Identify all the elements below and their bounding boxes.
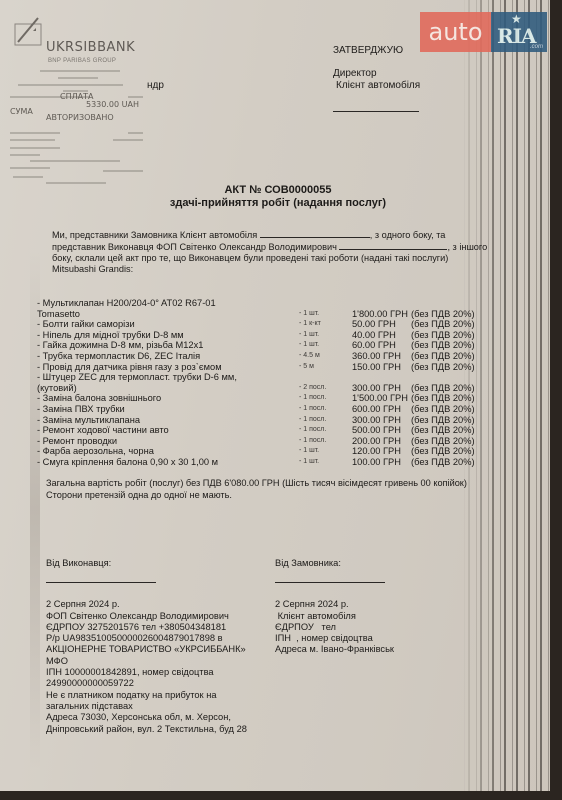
- contractor-label: Від Виконавця:: [46, 558, 286, 569]
- service-price: 50.00 ГРН: [352, 319, 396, 330]
- autoria-watermark: auto ★ RIA .com: [420, 12, 547, 52]
- contractor-detail-line: 2 Серпня 2024 р.: [46, 599, 286, 610]
- service-name: - Ремонт проводки: [37, 436, 117, 447]
- contractor-details: 2 Серпня 2024 р.ФОП Світенко Олександр В…: [46, 599, 286, 735]
- service-row: - Штуцер ZEC для термопласт. трубки D-6 …: [37, 372, 497, 383]
- receipt-blur-line: [103, 170, 143, 172]
- customer-detail-line: Адреса м. Івано-Франківськ: [275, 644, 475, 655]
- claims-line: Сторони претензій одна до одної не мають…: [46, 489, 506, 501]
- service-row: - Мультиклапан H200/204-0° AT02 R67-01: [37, 298, 497, 309]
- receipt-blur-line: [58, 77, 98, 79]
- service-vat: (без ПДВ 20%): [411, 425, 475, 436]
- service-price: 40.00 ГРН: [352, 330, 396, 341]
- service-qty: - 1 посл.: [299, 425, 349, 436]
- approve-signature-line: [333, 111, 419, 112]
- customer-detail-line: Клієнт автомобіля: [275, 611, 475, 622]
- service-row: - Нiпель для мідної трубки D-8 мм- 1 шт.…: [37, 330, 497, 341]
- service-name: - Заміна ПВХ трубки: [37, 404, 125, 415]
- approve-label: ЗАТВЕРДЖУЮ: [333, 45, 420, 57]
- service-name: - Трубка термопластик D6, ZEC Італія: [37, 351, 200, 362]
- service-price: 300.00 ГРН: [352, 383, 401, 394]
- customer-signature-line: [275, 582, 385, 583]
- contractor-signature-line: [46, 582, 156, 583]
- service-row: - Гайка дожимна D-8 мм, різьба M12x1- 1 …: [37, 340, 497, 351]
- receipt-blur-line: [128, 132, 143, 134]
- receipt-sum-value: 5330.00 UAH: [86, 100, 139, 109]
- total-block: Загальна вартість робіт (послуг) без ПДВ…: [46, 477, 506, 501]
- service-row: (кутовий)- 2 посл.300.00 ГРН(без ПДВ 20%…: [37, 383, 497, 394]
- customer-blank-line: [260, 229, 370, 238]
- service-qty: - 1 шт.: [299, 309, 349, 320]
- service-name: - Штуцер ZEC для термопласт. трубки D-6 …: [37, 372, 237, 383]
- service-row: - Ремонт ходової частини авто- 1 посл.50…: [37, 425, 497, 436]
- service-qty: - 5 м: [299, 362, 349, 373]
- bank-group: BNP PARIBAS GROUP: [48, 58, 116, 64]
- service-vat: (без ПДВ 20%): [411, 393, 475, 404]
- customer-label: Від Замовника:: [275, 558, 475, 569]
- intro-part1: Ми, представники Замовника Клієнт автомо…: [52, 230, 260, 240]
- service-vat: (без ПДВ 20%): [411, 436, 475, 447]
- receipt-blur-line: [18, 84, 123, 86]
- service-qty: - 1 посл.: [299, 393, 349, 404]
- receipt-blur-line: [10, 132, 60, 134]
- scanned-document-page: UKRSIBBANK BNP PARIBAS GROUP СПЛАТА СУМА…: [0, 0, 556, 796]
- service-name: - Заміна мультиклапана: [37, 415, 140, 426]
- service-qty: - 1 шт.: [299, 330, 349, 341]
- service-vat: (без ПДВ 20%): [411, 340, 475, 351]
- contractor-blank-line: [339, 241, 447, 250]
- service-name: - Нiпель для мідної трубки D-8 мм: [37, 330, 184, 341]
- service-qty: - 1 шт.: [299, 446, 349, 457]
- receipt-status: АВТОРИЗОВАНО: [46, 113, 114, 122]
- receipt-sum-label: СУМА: [10, 107, 33, 116]
- service-price: 200.00 ГРН: [352, 436, 401, 447]
- contractor-detail-line: ІПН 10000001842891, номер свідоцтва: [46, 667, 286, 678]
- service-name: - Болти гайки саморізи: [37, 319, 135, 330]
- service-name: - Заміна балона зовнішнього: [37, 393, 161, 404]
- receipt-blur-line: [10, 167, 50, 169]
- service-name: - Смуга кріплення балона 0,90 x 30 1,00 …: [37, 457, 218, 468]
- receipt-blur-line: [10, 154, 40, 156]
- service-vat: (без ПДВ 20%): [411, 319, 475, 330]
- service-price: 600.00 ГРН: [352, 404, 401, 415]
- service-name: - Мультиклапан H200/204-0° AT02 R67-01: [37, 298, 216, 309]
- bank-receipt: UKRSIBBANK BNP PARIBAS GROUP СПЛАТА СУМА…: [8, 14, 143, 184]
- service-qty: - 1 шт.: [299, 457, 349, 468]
- service-vat: (без ПДВ 20%): [411, 446, 475, 457]
- contractor-detail-line: ЄДРПОУ 3275201576 тел +380504348181: [46, 622, 286, 633]
- service-price: 150.00 ГРН: [352, 362, 401, 373]
- service-vat: (без ПДВ 20%): [411, 383, 475, 394]
- bank-name: UKRSIBBANK: [46, 40, 135, 55]
- service-vat: (без ПДВ 20%): [411, 404, 475, 415]
- service-vat: (без ПДВ 20%): [411, 351, 475, 362]
- service-price: 500.00 ГРН: [352, 425, 401, 436]
- service-qty: - 1 к-кт: [299, 319, 349, 330]
- service-row: - Смуга кріплення балона 0,90 x 30 1,00 …: [37, 457, 497, 468]
- service-price: 1'800.00 ГРН: [352, 309, 408, 320]
- contractor-detail-line: 24990000000059722: [46, 678, 286, 689]
- contractor-signature-block: Від Виконавця: 2 Серпня 2024 р.ФОП Світе…: [46, 558, 286, 735]
- contractor-detail-line: МФО: [46, 656, 286, 667]
- service-vat: (без ПДВ 20%): [411, 330, 475, 341]
- approve-position: Директор: [333, 68, 420, 80]
- service-vat: (без ПДВ 20%): [411, 362, 475, 373]
- receipt-blur-line: [40, 70, 120, 72]
- watermark-ria-box: ★ RIA .com: [491, 12, 547, 52]
- service-row: - Ремонт проводки- 1 посл.200.00 ГРН(без…: [37, 436, 497, 447]
- service-vat: (без ПДВ 20%): [411, 415, 475, 426]
- service-qty: - 1 шт.: [299, 340, 349, 351]
- receipt-blur-line: [30, 160, 120, 162]
- receipt-blur-line: [113, 139, 143, 141]
- service-name: (кутовий): [37, 383, 77, 394]
- receipt-blur-line: [128, 96, 143, 98]
- service-name: - Фарба аерозольна, чорна: [37, 446, 154, 457]
- service-price: 1'500.00 ГРН: [352, 393, 408, 404]
- customer-signature-block: Від Замовника: 2 Серпня 2024 р. Клієнт а…: [275, 558, 475, 656]
- service-qty: - 4.5 м: [299, 351, 349, 362]
- service-row: - Заміна балона зовнішнього- 1 посл.1'50…: [37, 393, 497, 404]
- intro-paragraph: Ми, представники Замовника Клієнт автомо…: [52, 229, 490, 275]
- document-subtitle: здачі-прийняття робіт (надання послуг): [0, 196, 556, 210]
- customer-detail-line: ЄДРПОУ тел: [275, 622, 475, 633]
- watermark-com: .com: [530, 44, 543, 50]
- contractor-detail-line: Дніпровський район, вул. 2 Текстильна, б…: [46, 724, 286, 735]
- scan-edge-bottom: [0, 791, 556, 796]
- service-name: Tomasetto: [37, 309, 80, 320]
- scan-edge-right: [550, 0, 556, 796]
- receipt-blur-line: [10, 139, 55, 141]
- contractor-detail-line: Не є платником податку на прибуток на: [46, 690, 286, 701]
- service-qty: - 1 посл.: [299, 436, 349, 447]
- contractor-detail-line: Р/р UA983510050000026004879017898 в: [46, 633, 286, 644]
- contractor-detail-line: АКЦІОНЕРНЕ ТОВАРИСТВО «УКРСИББАНК»: [46, 644, 286, 655]
- watermark-auto: auto: [420, 12, 491, 52]
- service-row: - Заміна мультиклапана- 1 посл.300.00 ГР…: [37, 415, 497, 426]
- approval-block: ЗАТВЕРДЖУЮ Директор Клієнт автомобіля: [333, 45, 420, 112]
- service-qty: - 2 посл.: [299, 383, 349, 394]
- service-price: 120.00 ГРН: [352, 446, 401, 457]
- service-row: - Заміна ПВХ трубки- 1 посл.600.00 ГРН(б…: [37, 404, 497, 415]
- contractor-detail-line: загальних підставах: [46, 701, 286, 712]
- receipt-blur-line: [13, 176, 43, 178]
- bank-logo-icon: [14, 16, 42, 46]
- services-list: - Мультиклапан H200/204-0° AT02 R67-01To…: [37, 298, 497, 468]
- service-row: Tomasetto- 1 шт.1'800.00 ГРН(без ПДВ 20%…: [37, 309, 497, 320]
- service-row: - Фарба аерозольна, чорна- 1 шт.120.00 Г…: [37, 446, 497, 457]
- service-name: - Провід для датчика рівня газу з роз`єм…: [37, 362, 222, 373]
- contractor-detail-line: ФОП Світенко Олександр Володимирович: [46, 611, 286, 622]
- service-vat: (без ПДВ 20%): [411, 457, 475, 468]
- customer-detail-line: 2 Серпня 2024 р.: [275, 599, 475, 610]
- service-qty: - 1 посл.: [299, 415, 349, 426]
- approve-client: Клієнт автомобіля: [333, 80, 420, 92]
- receipt-blur-line: [10, 147, 60, 149]
- service-row: - Провід для датчика рівня газу з роз`єм…: [37, 362, 497, 373]
- document-title: АКТ № СОВ0000055: [0, 183, 556, 197]
- customer-detail-line: ІПН , номер свідоцтва: [275, 633, 475, 644]
- service-row: - Трубка термопластик D6, ZEC Італія- 4.…: [37, 351, 497, 362]
- total-line: Загальна вартість робіт (послуг) без ПДВ…: [46, 477, 506, 489]
- service-row: - Болти гайки саморізи- 1 к-кт50.00 ГРН(…: [37, 319, 497, 330]
- service-name: - Гайка дожимна D-8 мм, різьба M12x1: [37, 340, 203, 351]
- service-price: 60.00 ГРН: [352, 340, 396, 351]
- ndr-text: ндр: [147, 80, 164, 91]
- service-name: - Ремонт ходової частини авто: [37, 425, 169, 436]
- service-price: 360.00 ГРН: [352, 351, 401, 362]
- customer-details: 2 Серпня 2024 р. Клієнт автомобіляЄДРПОУ…: [275, 599, 475, 655]
- service-price: 300.00 ГРН: [352, 415, 401, 426]
- service-price: 100.00 ГРН: [352, 457, 401, 468]
- service-qty: - 1 посл.: [299, 404, 349, 415]
- service-vat: (без ПДВ 20%): [411, 309, 475, 320]
- contractor-detail-line: Адреса 73030, Херсонська обл, м. Херсон,: [46, 712, 286, 723]
